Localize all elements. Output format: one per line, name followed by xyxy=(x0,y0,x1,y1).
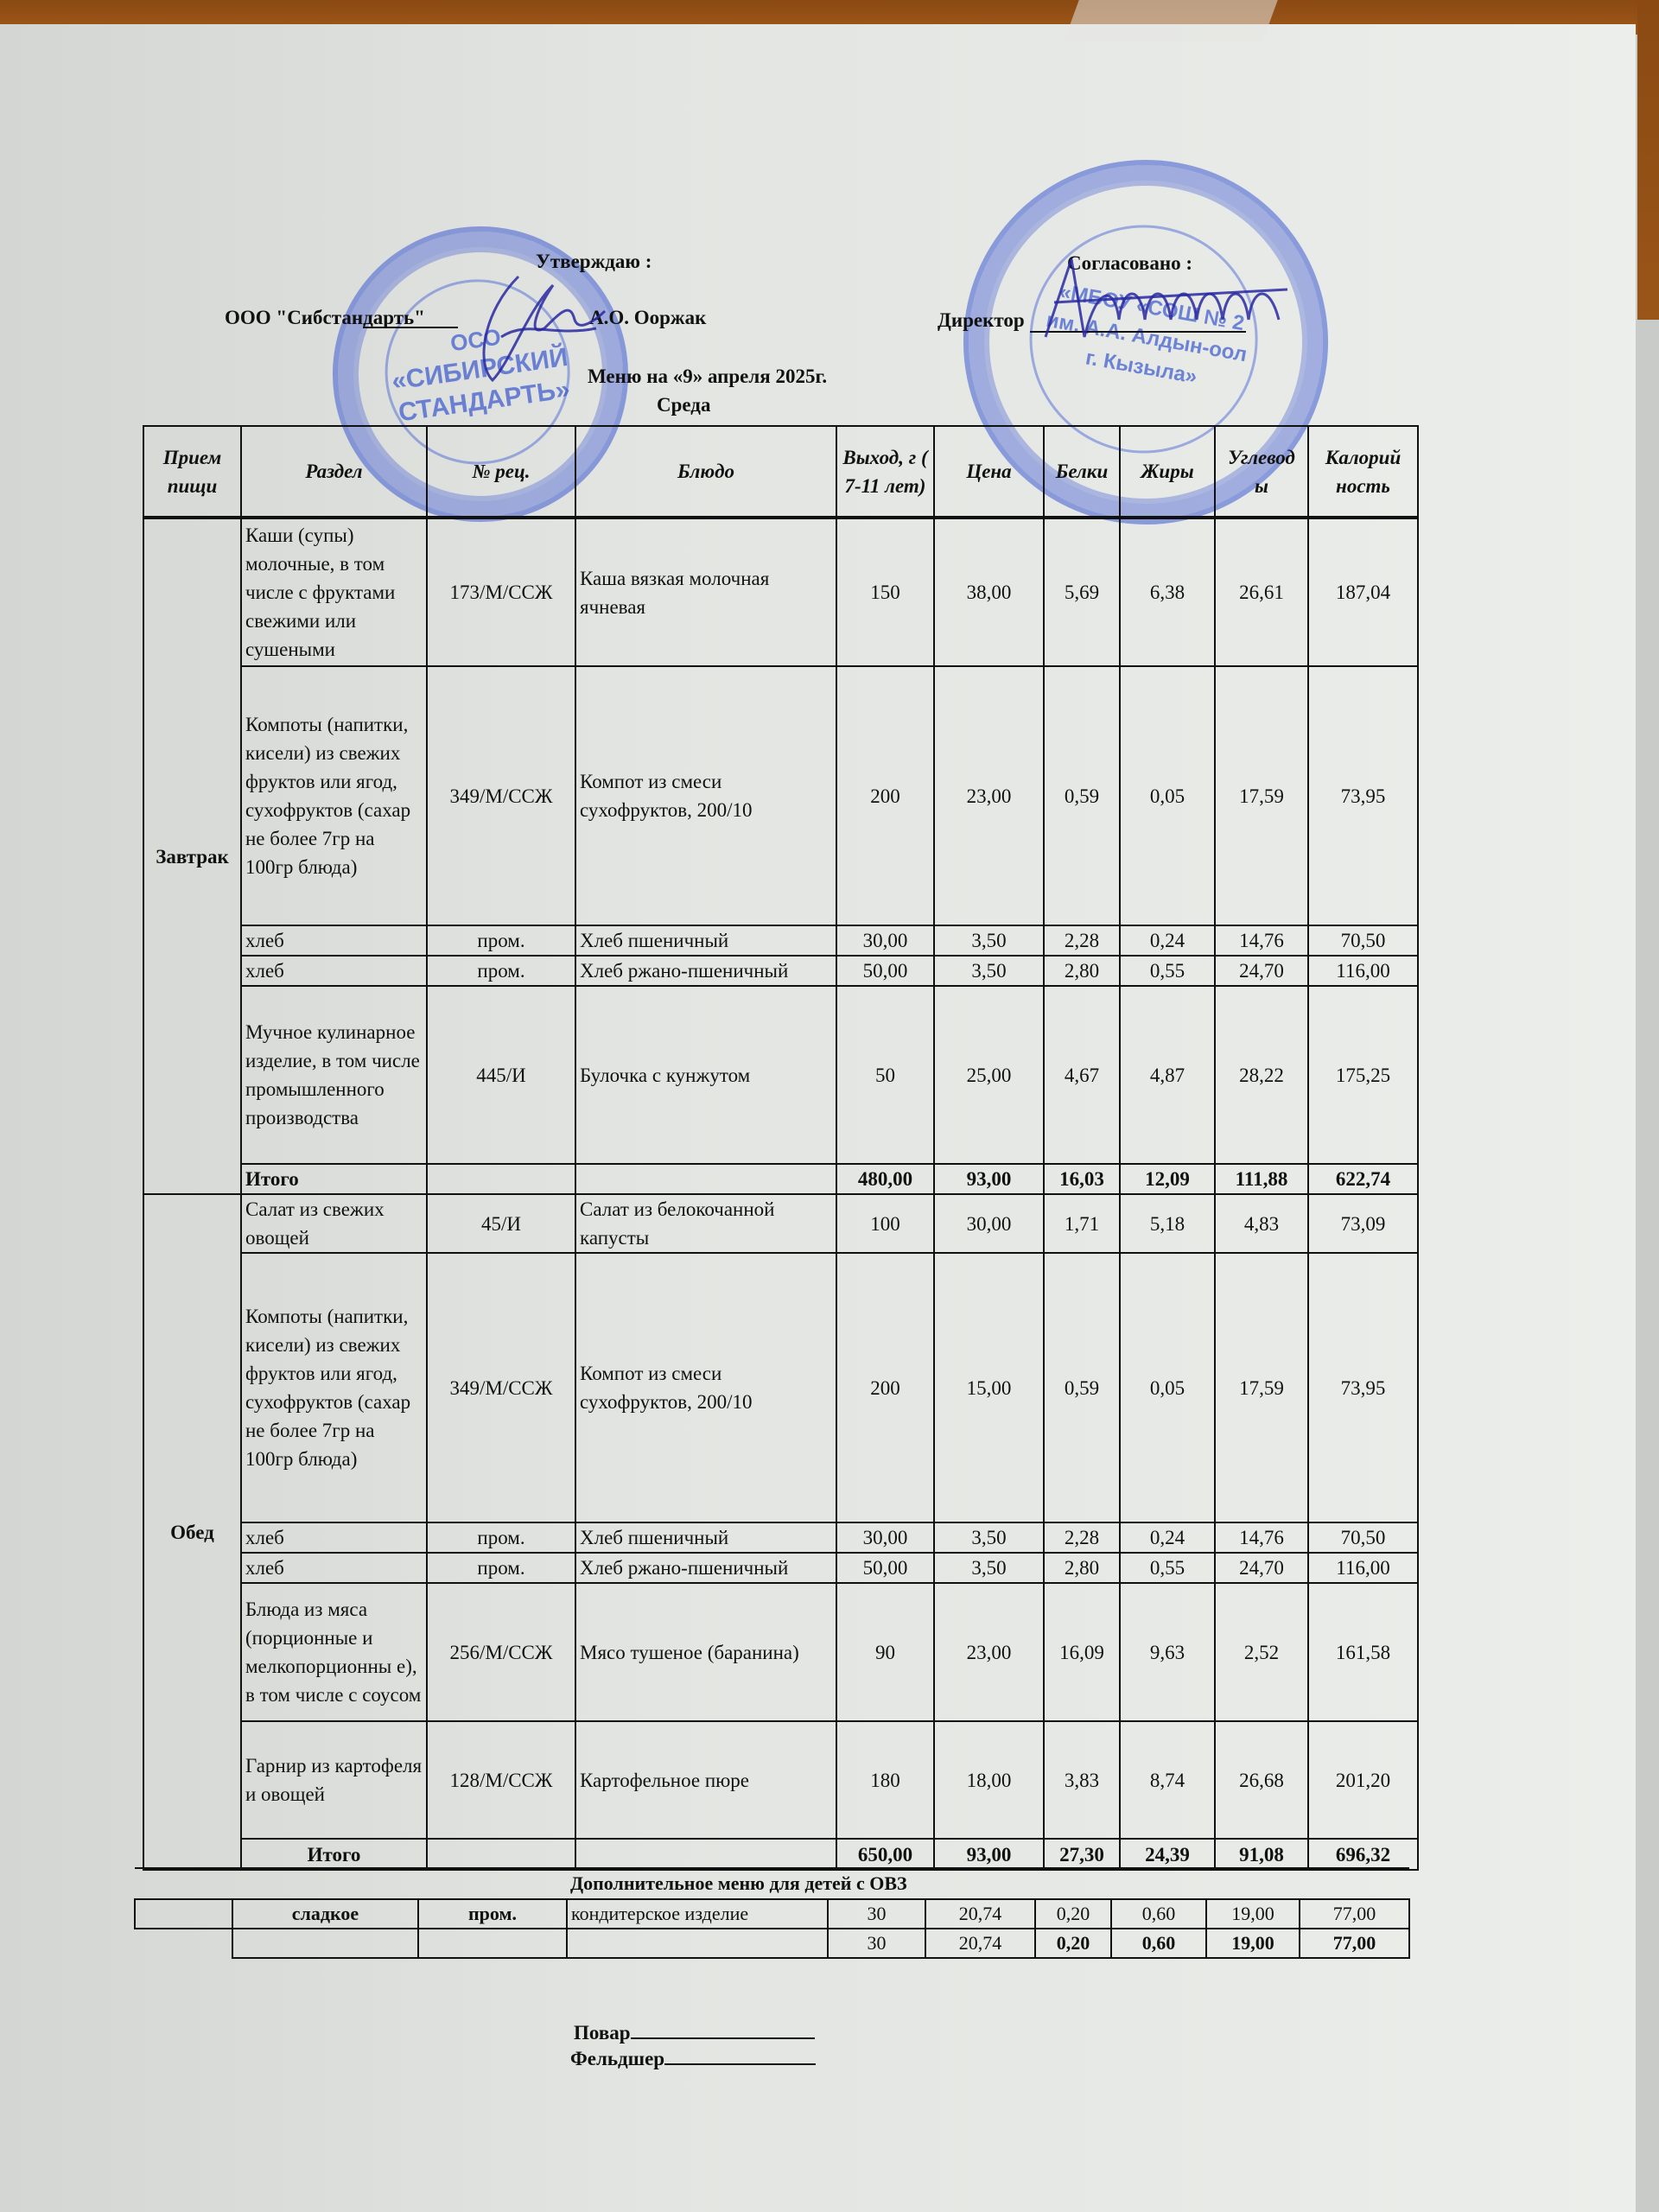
extra-protein: 0,20 xyxy=(1035,1899,1111,1929)
col-dish: Блюдо xyxy=(575,426,836,518)
col-output: Выход, г ( 7-11 лет) xyxy=(836,426,934,518)
recipe-cell: пром. xyxy=(427,1522,575,1553)
extra-menu-title: Дополнительное меню для детей с ОВЗ xyxy=(567,1868,1409,1899)
total-kcal: 696,32 xyxy=(1308,1839,1418,1870)
table-row: Блюда из мяса (порционные и мелкопорцион… xyxy=(143,1583,1418,1721)
dish-cell: Компот из смеси сухофруктов, 200/10 xyxy=(575,1253,836,1522)
price-cell: 3,50 xyxy=(934,1522,1044,1553)
carbs-cell: 26,61 xyxy=(1215,518,1308,666)
output-cell: 30,00 xyxy=(836,925,934,956)
kcal-cell: 116,00 xyxy=(1308,1553,1418,1583)
recipe-cell: 45/И xyxy=(427,1194,575,1253)
col-section: Раздел xyxy=(241,426,427,518)
extra-kcal: 77,00 xyxy=(1300,1899,1409,1929)
table-row: Компоты (напитки, кисели) из свежих фрук… xyxy=(143,1253,1418,1522)
cook-label: Повар xyxy=(574,2022,631,2044)
table-header-row: Прием пищи Раздел № рец. Блюдо Выход, г … xyxy=(143,426,1418,518)
approver-signature xyxy=(467,259,613,389)
fat-cell: 8,74 xyxy=(1120,1721,1215,1839)
price-cell: 3,50 xyxy=(934,956,1044,986)
extra-menu-title-row: Дополнительное меню для детей с ОВЗ xyxy=(135,1868,1409,1899)
fat-cell: 6,38 xyxy=(1120,518,1215,666)
section-cell: Компоты (напитки, кисели) из свежих фрук… xyxy=(241,666,427,925)
total-price: 93,00 xyxy=(934,1839,1044,1870)
protein-cell: 4,67 xyxy=(1044,986,1120,1164)
fat-cell: 0,05 xyxy=(1120,1253,1215,1522)
protein-cell: 0,59 xyxy=(1044,1253,1120,1522)
col-price: Цена xyxy=(934,426,1044,518)
section-cell: хлеб xyxy=(241,1553,427,1583)
kcal-cell: 70,50 xyxy=(1308,925,1418,956)
extra-total-fat: 0,60 xyxy=(1111,1929,1206,1958)
protein-cell: 1,71 xyxy=(1044,1194,1120,1253)
fat-cell: 0,24 xyxy=(1120,925,1215,956)
kcal-cell: 161,58 xyxy=(1308,1583,1418,1721)
total-kcal: 622,74 xyxy=(1308,1164,1418,1194)
total-protein: 16,03 xyxy=(1044,1164,1120,1194)
dish-cell: Каша вязкая молочная ячневая xyxy=(575,518,836,666)
wooden-board-edge xyxy=(1637,0,1659,320)
carbs-cell: 26,68 xyxy=(1215,1721,1308,1839)
weekday: Среда xyxy=(657,394,710,416)
price-cell: 15,00 xyxy=(934,1253,1044,1522)
dish-cell: Картофельное пюре xyxy=(575,1721,836,1839)
section-cell: Компоты (напитки, кисели) из свежих фрук… xyxy=(241,1253,427,1522)
protein-cell: 2,28 xyxy=(1044,925,1120,956)
extra-menu-total-row: 30 20,74 0,20 0,60 19,00 77,00 xyxy=(135,1929,1409,1958)
output-cell: 50,00 xyxy=(836,1553,934,1583)
output-cell: 180 xyxy=(836,1721,934,1839)
extra-dish: кондитерское изделие xyxy=(567,1899,828,1929)
price-cell: 3,50 xyxy=(934,1553,1044,1583)
price-cell: 23,00 xyxy=(934,1583,1044,1721)
meal-name: Обед xyxy=(143,1194,241,1870)
kcal-cell: 116,00 xyxy=(1308,956,1418,986)
output-cell: 100 xyxy=(836,1194,934,1253)
output-cell: 90 xyxy=(836,1583,934,1721)
extra-menu-table: Дополнительное меню для детей с ОВЗ слад… xyxy=(134,1867,1410,1959)
section-cell: хлеб xyxy=(241,956,427,986)
total-label: Итого xyxy=(241,1164,427,1194)
adhesive-tape xyxy=(1064,0,1277,41)
dish-cell: Салат из белокочанной капусты xyxy=(575,1194,836,1253)
table-row: ОбедСалат из свежих овощей45/ИСалат из б… xyxy=(143,1194,1418,1253)
carbs-cell: 17,59 xyxy=(1215,1253,1308,1522)
dish-cell: Хлеб пшеничный xyxy=(575,1522,836,1553)
protein-cell: 2,28 xyxy=(1044,1522,1120,1553)
director-label: Директор xyxy=(938,309,1025,332)
kcal-cell: 73,09 xyxy=(1308,1194,1418,1253)
output-cell: 200 xyxy=(836,1253,934,1522)
section-cell: Блюда из мяса (порционные и мелкопорцион… xyxy=(241,1583,427,1721)
output-cell: 50,00 xyxy=(836,956,934,986)
fat-cell: 0,55 xyxy=(1120,1553,1215,1583)
section-cell: хлеб xyxy=(241,1522,427,1553)
fat-cell: 0,05 xyxy=(1120,666,1215,925)
dish-cell: Хлеб пшеничный xyxy=(575,925,836,956)
section-cell: хлеб xyxy=(241,925,427,956)
col-recipe: № рец. xyxy=(427,426,575,518)
carbs-cell: 28,22 xyxy=(1215,986,1308,1164)
carbs-cell: 24,70 xyxy=(1215,1553,1308,1583)
price-cell: 38,00 xyxy=(934,518,1044,666)
total-protein: 27,30 xyxy=(1044,1839,1120,1870)
output-cell: 30,00 xyxy=(836,1522,934,1553)
section-cell: Каши (супы) молочные, в том числе с фрук… xyxy=(241,518,427,666)
kcal-cell: 175,25 xyxy=(1308,986,1418,1164)
protein-cell: 2,80 xyxy=(1044,956,1120,986)
kcal-cell: 73,95 xyxy=(1308,666,1418,925)
table-row: ЗавтракКаши (супы) молочные, в том числе… xyxy=(143,518,1418,666)
extra-total-price: 20,74 xyxy=(925,1929,1035,1958)
menu-title: Меню на «9» апреля 2025г. xyxy=(588,365,827,388)
extra-total-carbs: 19,00 xyxy=(1206,1929,1300,1958)
extra-carbs: 19,00 xyxy=(1206,1899,1300,1929)
protein-cell: 3,83 xyxy=(1044,1721,1120,1839)
meal-name: Завтрак xyxy=(143,518,241,1194)
total-carbs: 91,08 xyxy=(1215,1839,1308,1870)
total-fat: 12,09 xyxy=(1120,1164,1215,1194)
carbs-cell: 4,83 xyxy=(1215,1194,1308,1253)
extra-price: 20,74 xyxy=(925,1899,1035,1929)
kcal-cell: 201,20 xyxy=(1308,1721,1418,1839)
carbs-cell: 24,70 xyxy=(1215,956,1308,986)
table-row: Мучное кулинарное изделие, в том числе п… xyxy=(143,986,1418,1164)
cook-signature: Повар xyxy=(574,2018,815,2044)
fat-cell: 0,24 xyxy=(1120,1522,1215,1553)
price-cell: 23,00 xyxy=(934,666,1044,925)
medic-signature: Фельдшер xyxy=(570,2044,816,2070)
price-cell: 3,50 xyxy=(934,925,1044,956)
output-cell: 50 xyxy=(836,986,934,1164)
carbs-cell: 14,76 xyxy=(1215,925,1308,956)
recipe-cell: 173/М/ССЖ xyxy=(427,518,575,666)
extra-total-output: 30 xyxy=(828,1929,925,1958)
total-price: 93,00 xyxy=(934,1164,1044,1194)
dish-cell: Хлеб ржано-пшеничный xyxy=(575,1553,836,1583)
table-row: Компоты (напитки, кисели) из свежих фрук… xyxy=(143,666,1418,925)
total-row: Итого650,0093,0027,3024,3991,08696,32 xyxy=(143,1839,1418,1870)
carbs-cell: 17,59 xyxy=(1215,666,1308,925)
recipe-cell: 445/И xyxy=(427,986,575,1164)
table-row: хлебпром.Хлеб пшеничный30,003,502,280,24… xyxy=(143,1522,1418,1553)
medic-label: Фельдшер xyxy=(570,2048,664,2069)
extra-output: 30 xyxy=(828,1899,925,1929)
protein-cell: 16,09 xyxy=(1044,1583,1120,1721)
extra-total-protein: 0,20 xyxy=(1035,1929,1111,1958)
fat-cell: 5,18 xyxy=(1120,1194,1215,1253)
col-protein: Белки xyxy=(1044,426,1120,518)
col-carbs: Углевод ы xyxy=(1215,426,1308,518)
carbs-cell: 2,52 xyxy=(1215,1583,1308,1721)
recipe-cell: 256/М/ССЖ xyxy=(427,1583,575,1721)
extra-total-kcal: 77,00 xyxy=(1300,1929,1409,1958)
table-row: хлебпром.Хлеб ржано-пшеничный50,003,502,… xyxy=(143,956,1418,986)
kcal-cell: 70,50 xyxy=(1308,1522,1418,1553)
extra-fat: 0,60 xyxy=(1111,1899,1206,1929)
price-cell: 18,00 xyxy=(934,1721,1044,1839)
menu-table: Прием пищи Раздел № рец. Блюдо Выход, г … xyxy=(143,425,1419,1871)
recipe-cell: 349/М/ССЖ xyxy=(427,1253,575,1522)
col-kcal: Калорий ность xyxy=(1308,426,1418,518)
extra-recipe: пром. xyxy=(418,1899,567,1929)
carbs-cell: 14,76 xyxy=(1215,1522,1308,1553)
total-row: Итого480,0093,0016,0312,09111,88622,74 xyxy=(143,1164,1418,1194)
output-cell: 150 xyxy=(836,518,934,666)
dish-cell: Хлеб ржано-пшеничный xyxy=(575,956,836,986)
table-row: Гарнир из картофеля и овощей128/М/ССЖКар… xyxy=(143,1721,1418,1839)
approver-signature-line xyxy=(363,327,458,328)
cook-signature-line xyxy=(631,2018,815,2039)
output-cell: 200 xyxy=(836,666,934,925)
extra-menu-row: сладкое пром. кондитерское изделие 30 20… xyxy=(135,1899,1409,1929)
protein-cell: 2,80 xyxy=(1044,1553,1120,1583)
recipe-cell: 128/М/ССЖ xyxy=(427,1721,575,1839)
dish-cell: Булочка с кунжутом xyxy=(575,986,836,1164)
section-cell: Салат из свежих овощей xyxy=(241,1194,427,1253)
protein-cell: 0,59 xyxy=(1044,666,1120,925)
protein-cell: 5,69 xyxy=(1044,518,1120,666)
director-signature xyxy=(1037,251,1296,346)
recipe-cell: пром. xyxy=(427,956,575,986)
kcal-cell: 187,04 xyxy=(1308,518,1418,666)
menu-body: ЗавтракКаши (супы) молочные, в том числе… xyxy=(143,518,1418,1870)
kcal-cell: 73,95 xyxy=(1308,1253,1418,1522)
fat-cell: 0,55 xyxy=(1120,956,1215,986)
dish-cell: Мясо тушеное (баранина) xyxy=(575,1583,836,1721)
price-cell: 25,00 xyxy=(934,986,1044,1164)
col-meal: Прием пищи xyxy=(143,426,241,518)
total-label: Итого xyxy=(241,1839,427,1870)
col-fat: Жиры xyxy=(1120,426,1215,518)
total-output: 650,00 xyxy=(836,1839,934,1870)
dish-cell: Компот из смеси сухофруктов, 200/10 xyxy=(575,666,836,925)
recipe-cell: пром. xyxy=(427,925,575,956)
section-cell: Мучное кулинарное изделие, в том числе п… xyxy=(241,986,427,1164)
fat-cell: 4,87 xyxy=(1120,986,1215,1164)
fat-cell: 9,63 xyxy=(1120,1583,1215,1721)
recipe-cell: пром. xyxy=(427,1553,575,1583)
price-cell: 30,00 xyxy=(934,1194,1044,1253)
table-row: хлебпром.Хлеб пшеничный30,003,502,280,24… xyxy=(143,925,1418,956)
extra-section: сладкое xyxy=(232,1899,418,1929)
total-carbs: 111,88 xyxy=(1215,1164,1308,1194)
total-fat: 24,39 xyxy=(1120,1839,1215,1870)
recipe-cell: 349/М/ССЖ xyxy=(427,666,575,925)
section-cell: Гарнир из картофеля и овощей xyxy=(241,1721,427,1839)
total-output: 480,00 xyxy=(836,1164,934,1194)
table-row: хлебпром.Хлеб ржано-пшеничный50,003,502,… xyxy=(143,1553,1418,1583)
medic-signature-line xyxy=(664,2044,816,2065)
